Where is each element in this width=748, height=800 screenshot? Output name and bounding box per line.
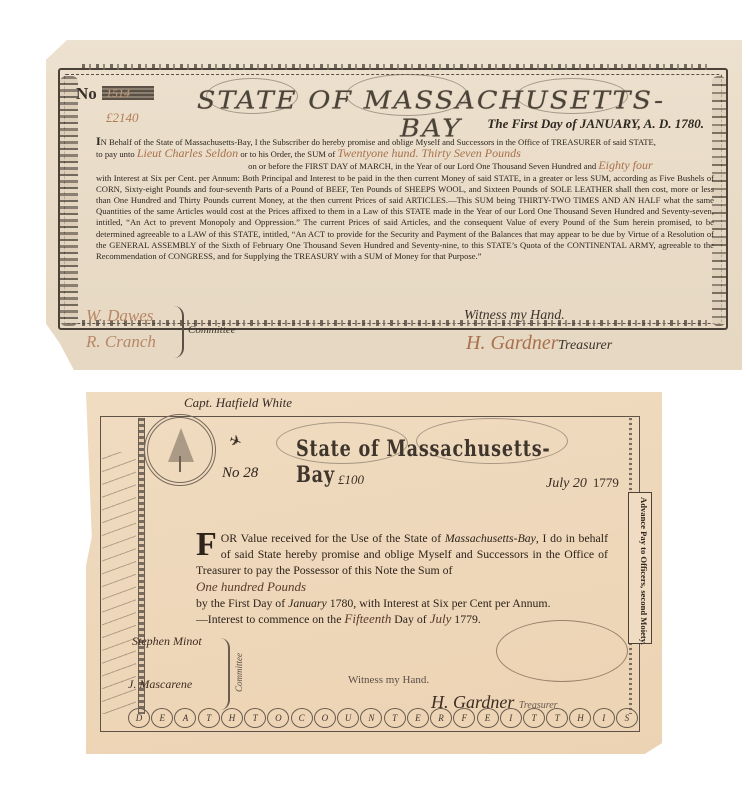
side-label-text: Advance Pay to Officers, second Moiety. [639,497,649,645]
chain-letter: R [430,708,452,728]
committee-signature: R. Cranch [86,332,156,352]
body-paragraph: with Interest at Six per Cent. per Annum… [96,173,714,261]
committee-label: Committee [188,324,236,336]
chain-letter: N [360,708,382,728]
chain-letter: E [151,708,173,728]
body-text-italic: Massachusetts-Bay [445,531,536,545]
chain-letter: T [546,708,568,728]
chain-letter: O [267,708,289,728]
left-vertical-bar [138,418,145,714]
body-text: Day of [391,612,429,626]
treasurer-signature: H. Gardner [466,332,559,355]
date-handwritten: July 20 [546,476,587,491]
chain-letter: I [500,708,522,728]
chain-letter: T [198,708,220,728]
chain-letter: T [523,708,545,728]
issue-date: July 201779 [546,475,619,492]
issue-date: The First Day of JANUARY, A. D. 1780. [487,116,704,132]
body-text: 1779. [451,612,481,626]
note-body: IN Behalf of the State of Massachusetts-… [96,136,714,262]
brace [174,306,184,358]
witness-text: Witness my Hand. [464,308,565,324]
amount-handwritten: £100 [338,472,364,488]
tree-trunk [179,456,181,472]
left-floral-ornament [60,76,78,326]
chain-letter: T [384,708,406,728]
treasury-note-1780: No 1514 £2140 STATE of MASSACHUSETTS-BAY… [46,40,742,370]
treasury-note-1779: Capt. Hatfield White ✈ State of Massachu… [86,392,662,754]
note-body: FOR Value received for the Use of the St… [196,530,608,627]
number-label: No [76,84,97,104]
serial-number: 1514 [102,86,154,100]
signature-flourish [496,620,628,682]
committee-signature: W. Dawes [86,306,156,326]
chain-letter: E [407,708,429,728]
body-text-italic: January [288,596,327,610]
date-year: 1779 [593,475,619,490]
committee-signatures: W. Dawes R. Cranch [86,306,156,352]
brace [220,638,230,710]
committee-label: Committee [234,653,244,692]
day-handwritten: Fifteenth [344,611,391,626]
sum-handwritten: One hundred Pounds [196,579,306,594]
committee-signature: J. Mascarene [128,677,192,692]
body-text: —Interest to commence on the [196,612,344,626]
right-scroll-ornament [712,76,726,326]
dropcap: F [196,530,217,560]
body-text: OR Value received for the Use of the Sta… [221,531,445,545]
committee-signature: Stephen Minot [132,634,202,649]
pine-tree-icon [168,428,194,462]
counterfeit-warning-chain: D E A T H T O C O U N T E R F E I T T H … [128,708,638,730]
body-text: by the First Day of [196,596,288,610]
body-text: 1780, with Interest at Six per Cent per … [327,596,551,610]
chain-letter: E [477,708,499,728]
chain-letter: D [128,708,150,728]
chain-letter: U [337,708,359,728]
body-text: on or before the FIRST DAY of MARCH, in … [248,161,596,171]
note-number: No 28 [222,465,258,482]
chain-letter: T [244,708,266,728]
side-label-box: Advance Pay to Officers, second Moiety. [628,492,652,644]
body-text: to pay unto [96,149,135,159]
chain-letter: A [174,708,196,728]
chain-letter: O [314,708,336,728]
pine-tree-seal [144,414,216,486]
chain-letter: S [616,708,638,728]
month-handwritten: July [430,611,452,626]
treasurer-label: Treasurer [558,338,612,354]
body-text: or to his Order, the SUM of [240,149,335,159]
chain-letter: F [453,708,475,728]
document-title: STATE of MASSACHUSETTS-BAY [196,87,666,143]
chain-letter: I [593,708,615,728]
chain-letter: H [569,708,591,728]
chain-letter: C [291,708,313,728]
chain-letter: H [221,708,243,728]
payee-handwritten: Lieut Charles Seldon [137,146,238,160]
top-inscription: Capt. Hatfield White [184,395,292,411]
sum-handwritten: Twentyone hund. Thirty Seven Pounds [337,146,520,160]
left-scroll-ornament [102,452,136,714]
year-handwritten: Eighty four [598,158,652,172]
amount-handwritten: £2140 [106,110,139,126]
top-scroll-ornament [82,64,708,70]
witness-text: Witness my Hand. [348,674,429,686]
